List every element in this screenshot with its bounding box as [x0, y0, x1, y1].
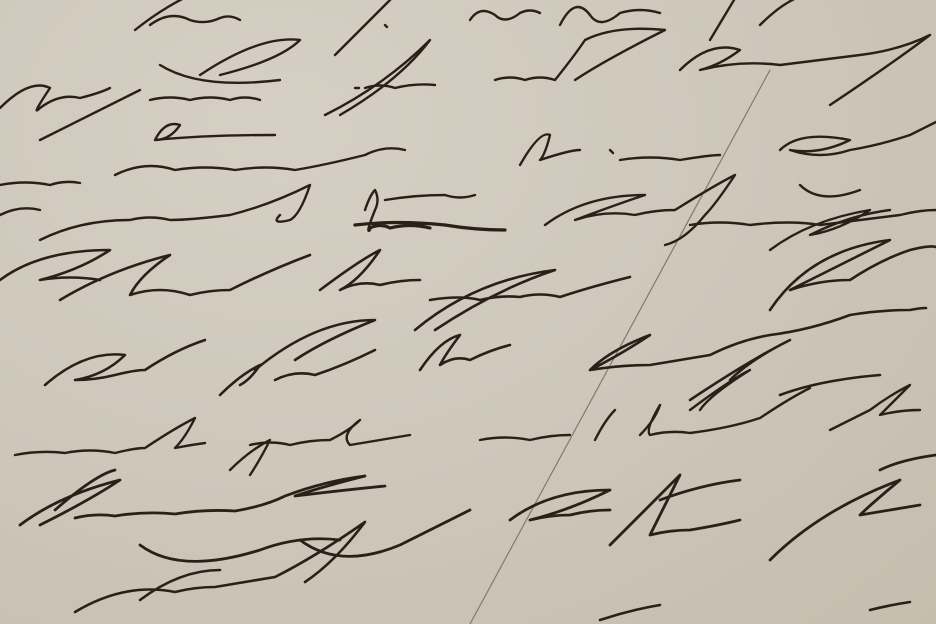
manuscript-line-9: Lang [74, 576, 152, 615]
script-line-9 [75, 522, 910, 620]
manuscript-photo: Wng ſ: bey Seiten: ſluß und für und beme… [0, 0, 936, 624]
